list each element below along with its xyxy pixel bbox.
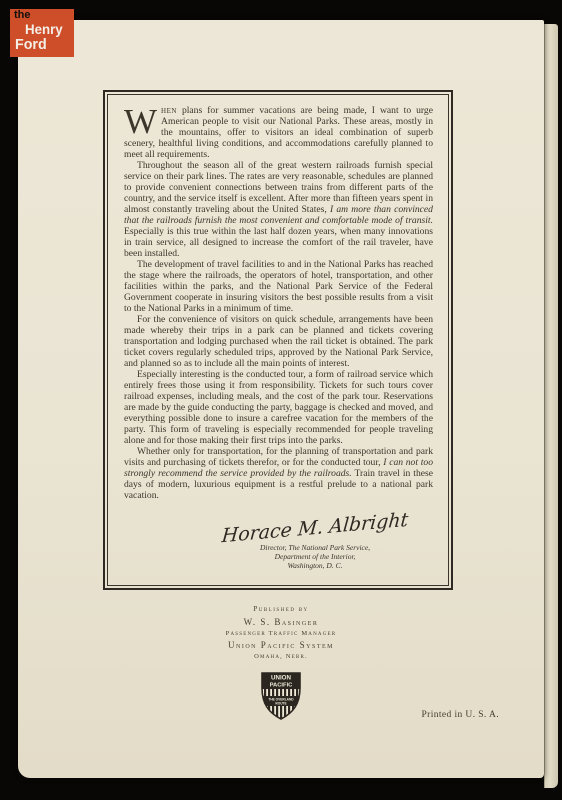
- signature-title-line3: Washington, D. C.: [215, 561, 415, 570]
- paragraph-1-smallcaps: hen: [161, 105, 177, 116]
- drop-cap: W: [124, 105, 161, 136]
- union-pacific-shield-icon: UNION PACIFIC THE OVERLAND ROUTE: [258, 670, 304, 722]
- page-fore-edge: [544, 24, 558, 788]
- publisher-city: Omaha, Nebr.: [18, 653, 544, 660]
- signature-caption: Director, The National Park Service, Dep…: [215, 543, 415, 570]
- paragraph-6: Whether only for transportation, for the…: [124, 446, 433, 501]
- shield-text-pacific: PACIFIC: [270, 683, 294, 689]
- printed-in-usa: Printed in U. S. A.: [421, 710, 499, 720]
- signature-title-line1: Director, The National Park Service,: [215, 543, 415, 552]
- signature-block: Horace M. Albright Director, The Nationa…: [124, 519, 433, 579]
- paragraph-5: Especially interesting is the conducted …: [124, 369, 433, 446]
- publisher-company: Union Pacific System: [18, 640, 544, 650]
- colophon: Published by W. S. Basinger Passenger Tr…: [18, 605, 544, 722]
- paragraph-1: When plans for summer vacations are bein…: [124, 105, 433, 160]
- henry-ford-logo-the: the: [14, 9, 31, 21]
- paragraph-4: For the convenience of visitors on quick…: [124, 314, 433, 369]
- signature-title-line2: Department of the Interior,: [215, 552, 415, 561]
- shield-text-union: UNION: [271, 675, 291, 682]
- henry-ford-logo-ford: Ford: [15, 36, 47, 53]
- henry-ford-logo-henry: Henry: [25, 21, 63, 37]
- henry-ford-logo: the Henry Ford: [10, 9, 74, 57]
- publisher-name: W. S. Basinger: [18, 617, 544, 627]
- booklet-page: When plans for summer vacations are bein…: [18, 20, 544, 778]
- paragraph-2-text-b: Especially is this true within the last …: [124, 226, 433, 259]
- shield-text-banner2: ROUTE: [275, 702, 286, 706]
- paragraph-2: Throughout the season all of the great w…: [124, 160, 433, 259]
- published-by-label: Published by: [18, 605, 544, 613]
- letter-body: When plans for summer vacations are bein…: [124, 105, 433, 519]
- letter-border-box: When plans for summer vacations are bein…: [103, 90, 453, 590]
- scan-background: the Henry Ford When plans for summer vac…: [0, 0, 562, 800]
- publisher-title: Passenger Traffic Manager: [18, 630, 544, 637]
- paragraph-3: The development of travel facilities to …: [124, 259, 433, 314]
- letter-inner-rule: When plans for summer vacations are bein…: [107, 94, 449, 586]
